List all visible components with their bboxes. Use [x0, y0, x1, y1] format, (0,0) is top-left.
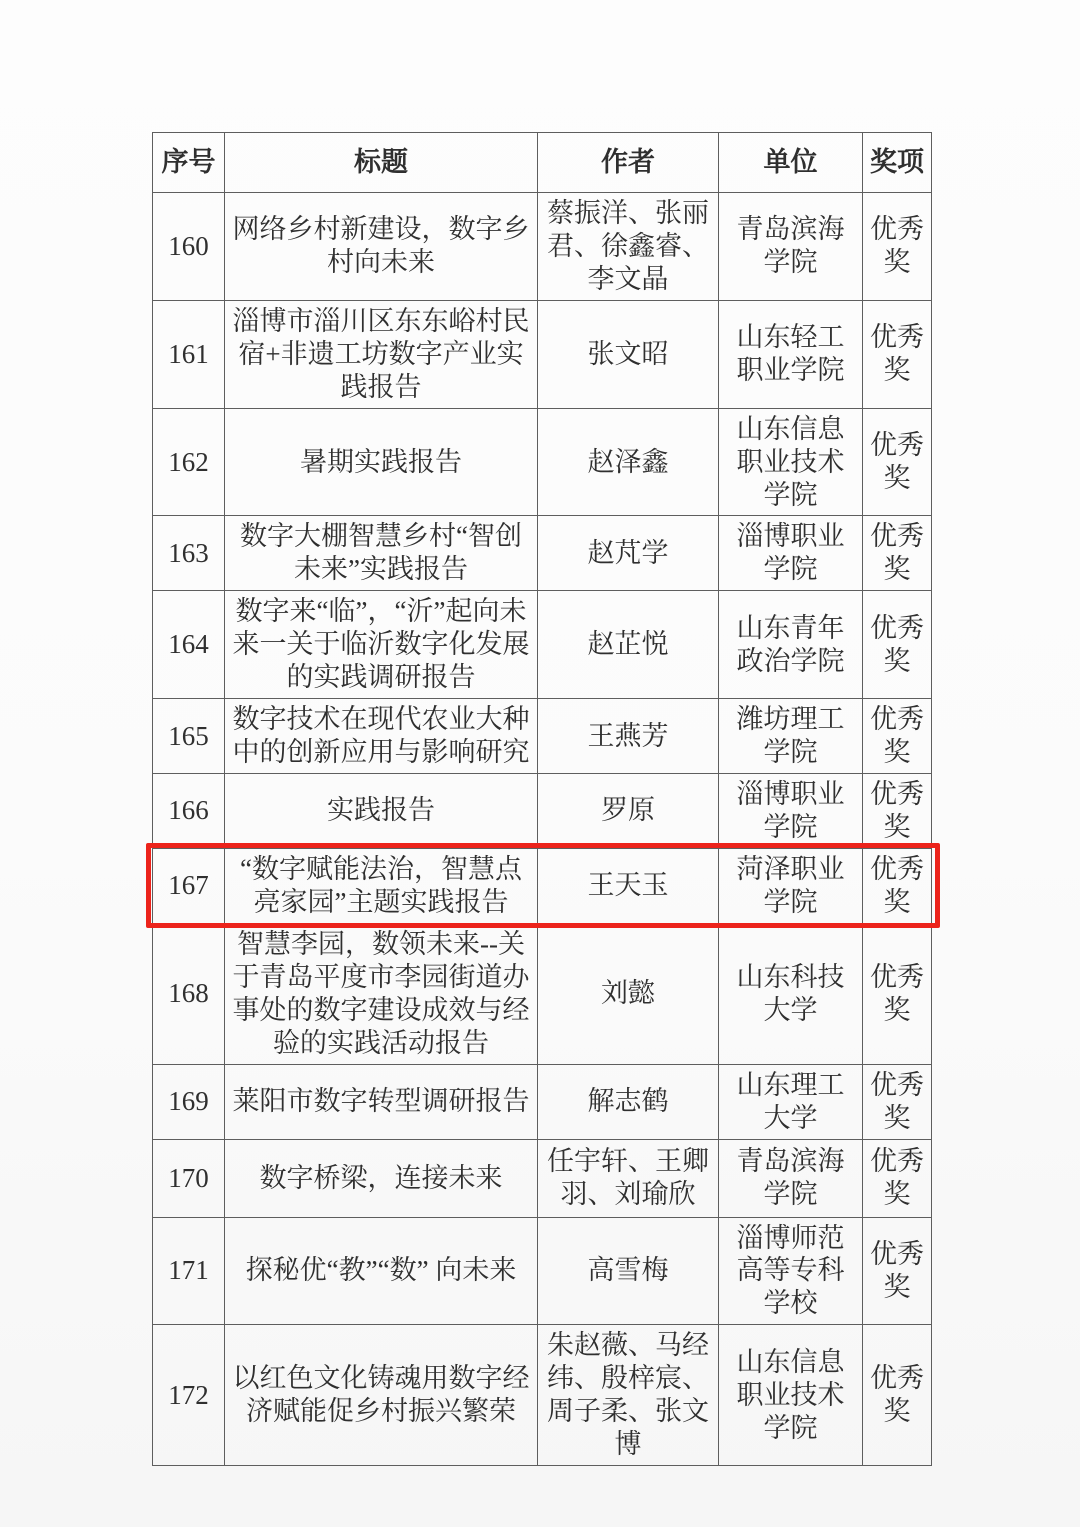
awards-table: 序号 标题 作者 单位 奖项 160 网络乡村新建设，数字乡村向未来 蔡振洋、张…	[152, 132, 932, 1466]
cell-title: 暑期实践报告	[225, 408, 538, 516]
table-header-row: 序号 标题 作者 单位 奖项	[153, 133, 932, 193]
cell-authors: 赵泽鑫	[538, 408, 719, 516]
cell-org: 菏泽职业学院	[719, 848, 863, 923]
cell-title: 淄博市淄川区东东峪村民宿+非遗工坊数字产业实践报告	[225, 300, 538, 408]
cell-award: 优秀奖	[863, 408, 932, 516]
cell-award: 优秀奖	[863, 1217, 932, 1325]
cell-authors: 解志鹤	[538, 1064, 719, 1139]
table-row: 170 数字桥梁，连接未来 任宇轩、王卿羽、刘瑜欣 青岛滨海学院 优秀奖	[153, 1139, 932, 1217]
cell-org: 潍坊理工学院	[719, 699, 863, 774]
cell-award: 优秀奖	[863, 774, 932, 849]
cell-org: 山东信息职业技术学院	[719, 408, 863, 516]
cell-no: 170	[153, 1139, 225, 1217]
cell-authors: 王天玉	[538, 848, 719, 923]
table-row: 164 数字来“临”，“沂”起向未来一关于临沂数字化发展的实践调研报告 赵芷悦 …	[153, 591, 932, 699]
cell-authors: 罗原	[538, 774, 719, 849]
awards-table-wrap: 序号 标题 作者 单位 奖项 160 网络乡村新建设，数字乡村向未来 蔡振洋、张…	[152, 132, 931, 1466]
table-row: 161 淄博市淄川区东东峪村民宿+非遗工坊数字产业实践报告 张文昭 山东轻工职业…	[153, 300, 932, 408]
cell-no: 166	[153, 774, 225, 849]
cell-title: 探秘优“教”“数” 向未来	[225, 1217, 538, 1325]
table-row: 172 以红色文化铸魂用数字经济赋能促乡村振兴繁荣 朱赵薇、马经纬、殷梓宸、周子…	[153, 1325, 932, 1466]
cell-title: 莱阳市数字转型调研报告	[225, 1064, 538, 1139]
cell-authors: 蔡振洋、张丽君、徐鑫睿、李文晶	[538, 193, 719, 301]
cell-authors: 赵芷悦	[538, 591, 719, 699]
header-cell-author: 作者	[538, 133, 719, 193]
cell-authors: 张文昭	[538, 300, 719, 408]
table-row: 171 探秘优“教”“数” 向未来 高雪梅 淄博师范高等专科学校 优秀奖	[153, 1217, 932, 1325]
cell-title: 实践报告	[225, 774, 538, 849]
cell-award: 优秀奖	[863, 193, 932, 301]
cell-award: 优秀奖	[863, 923, 932, 1064]
cell-award: 优秀奖	[863, 1325, 932, 1466]
header-cell-org: 单位	[719, 133, 863, 193]
cell-title: 数字大棚智慧乡村“智创未来”实践报告	[225, 516, 538, 591]
cell-title: 数字技术在现代农业大种中的创新应用与影响研究	[225, 699, 538, 774]
cell-no: 171	[153, 1217, 225, 1325]
cell-org: 山东青年政治学院	[719, 591, 863, 699]
cell-no: 160	[153, 193, 225, 301]
cell-title: 以红色文化铸魂用数字经济赋能促乡村振兴繁荣	[225, 1325, 538, 1466]
cell-org: 青岛滨海学院	[719, 1139, 863, 1217]
header-cell-no: 序号	[153, 133, 225, 193]
cell-award: 优秀奖	[863, 591, 932, 699]
cell-no: 161	[153, 300, 225, 408]
cell-authors: 朱赵薇、马经纬、殷梓宸、周子柔、张文博	[538, 1325, 719, 1466]
cell-authors: 任宇轩、王卿羽、刘瑜欣	[538, 1139, 719, 1217]
cell-no: 168	[153, 923, 225, 1064]
cell-org: 淄博职业学院	[719, 774, 863, 849]
cell-org: 山东轻工职业学院	[719, 300, 863, 408]
cell-award: 优秀奖	[863, 1064, 932, 1139]
cell-award: 优秀奖	[863, 699, 932, 774]
cell-title: 网络乡村新建设，数字乡村向未来	[225, 193, 538, 301]
cell-org: 青岛滨海学院	[719, 193, 863, 301]
table-row: 162 暑期实践报告 赵泽鑫 山东信息职业技术学院 优秀奖	[153, 408, 932, 516]
cell-authors: 王燕芳	[538, 699, 719, 774]
table-row: 160 网络乡村新建设，数字乡村向未来 蔡振洋、张丽君、徐鑫睿、李文晶 青岛滨海…	[153, 193, 932, 301]
cell-org: 山东理工大学	[719, 1064, 863, 1139]
cell-no: 167	[153, 848, 225, 923]
header-cell-title: 标题	[225, 133, 538, 193]
cell-org: 淄博职业学院	[719, 516, 863, 591]
cell-title: 数字来“临”，“沂”起向未来一关于临沂数字化发展的实践调研报告	[225, 591, 538, 699]
cell-title: 智慧李园，数领未来--关于青岛平度市李园街道办事处的数字建设成效与经验的实践活动…	[225, 923, 538, 1064]
cell-no: 172	[153, 1325, 225, 1466]
table-row: 165 数字技术在现代农业大种中的创新应用与影响研究 王燕芳 潍坊理工学院 优秀…	[153, 699, 932, 774]
cell-no: 169	[153, 1064, 225, 1139]
table-row: 167 “数字赋能法治，智慧点亮家园”主题实践报告 王天玉 菏泽职业学院 优秀奖	[153, 848, 932, 923]
cell-award: 优秀奖	[863, 848, 932, 923]
cell-authors: 刘懿	[538, 923, 719, 1064]
cell-org: 山东信息职业技术学院	[719, 1325, 863, 1466]
cell-award: 优秀奖	[863, 300, 932, 408]
cell-award: 优秀奖	[863, 516, 932, 591]
table-body: 160 网络乡村新建设，数字乡村向未来 蔡振洋、张丽君、徐鑫睿、李文晶 青岛滨海…	[153, 193, 932, 1466]
page: 序号 标题 作者 单位 奖项 160 网络乡村新建设，数字乡村向未来 蔡振洋、张…	[0, 0, 1080, 1527]
cell-authors: 高雪梅	[538, 1217, 719, 1325]
cell-org: 淄博师范高等专科学校	[719, 1217, 863, 1325]
table-row: 163 数字大棚智慧乡村“智创未来”实践报告 赵芃学 淄博职业学院 优秀奖	[153, 516, 932, 591]
cell-no: 162	[153, 408, 225, 516]
cell-authors: 赵芃学	[538, 516, 719, 591]
cell-award: 优秀奖	[863, 1139, 932, 1217]
table-row: 166 实践报告 罗原 淄博职业学院 优秀奖	[153, 774, 932, 849]
table-row: 169 莱阳市数字转型调研报告 解志鹤 山东理工大学 优秀奖	[153, 1064, 932, 1139]
table-row: 168 智慧李园，数领未来--关于青岛平度市李园街道办事处的数字建设成效与经验的…	[153, 923, 932, 1064]
cell-org: 山东科技大学	[719, 923, 863, 1064]
cell-title: 数字桥梁，连接未来	[225, 1139, 538, 1217]
header-cell-award: 奖项	[863, 133, 932, 193]
cell-no: 165	[153, 699, 225, 774]
cell-no: 164	[153, 591, 225, 699]
cell-title: “数字赋能法治，智慧点亮家园”主题实践报告	[225, 848, 538, 923]
cell-no: 163	[153, 516, 225, 591]
